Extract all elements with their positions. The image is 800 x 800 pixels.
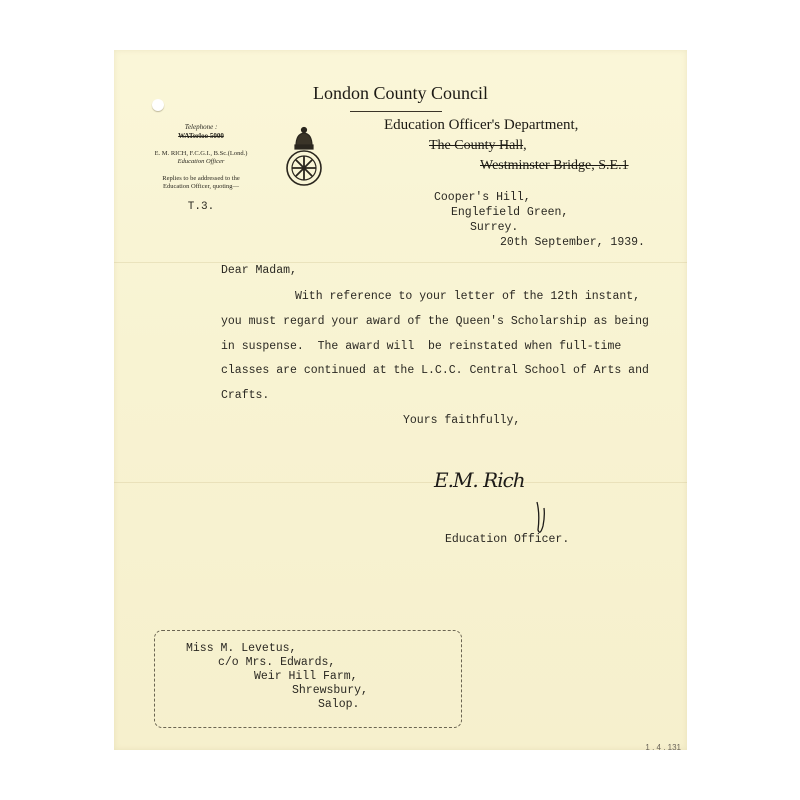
closing: Yours faithfully, [403, 414, 520, 427]
recipient-line-1: Miss M. Levetus, [186, 642, 296, 655]
replies-note-1: Replies to be addressed to the [136, 175, 266, 183]
fold-line [114, 482, 687, 483]
signature: E.M. Rich [434, 468, 525, 492]
recipient-line-2: c/o Mrs. Edwards, [218, 656, 335, 669]
struck-address-line-1: The County Hall, [429, 138, 527, 154]
body-line: Crafts. [221, 389, 269, 402]
recipient-line-5: Salop. [318, 698, 359, 711]
letter-date: 20th September, 1939. [500, 236, 645, 249]
title-rule [350, 111, 442, 112]
struck-text: Westminster Bridge, S.E.1 [480, 158, 629, 173]
body-line: in suspense. The award will be reinstate… [221, 340, 621, 353]
organization-title: London County Council [114, 83, 687, 104]
officer-name: E. M. RICH, F.C.G.I., B.Sc.(Lond.) [136, 150, 266, 158]
salutation: Dear Madam, [221, 264, 297, 277]
recipient-line-4: Shrewsbury, [292, 684, 368, 697]
archive-note: 1 . 4 . 131 [645, 743, 681, 752]
recipient-line-3: Weir Hill Farm, [254, 670, 358, 683]
letterhead-left-block: Telephone : WATerloo 5000 E. M. RICH, F.… [136, 123, 266, 213]
crest-icon [284, 124, 324, 192]
replies-note-2: Education Officer, quoting— [136, 183, 266, 191]
struck-text: The County Hall [429, 138, 523, 153]
sender-address-line-3: Surrey. [470, 221, 518, 234]
telephone-label: Telephone : [136, 123, 266, 132]
reference-code: T.3. [136, 201, 266, 213]
fold-line [114, 262, 687, 263]
body-line: classes are continued at the L.C.C. Cent… [221, 364, 649, 377]
comma: , [523, 138, 527, 153]
body-line: you must regard your award of the Queen'… [221, 315, 649, 328]
sender-address-line-1: Cooper's Hill, [434, 191, 531, 204]
officer-title: Education Officer [136, 158, 266, 166]
struck-address-line-2: Westminster Bridge, S.E.1 [480, 158, 629, 174]
sender-address-line-2: Englefield Green, [451, 206, 568, 219]
body-line: With reference to your letter of the 12t… [295, 290, 640, 303]
department-name: Education Officer's Department, [384, 117, 578, 134]
letter-page: London County Council Telephone : WATerl… [114, 50, 687, 750]
signatory-title: Education Officer. [445, 533, 569, 546]
telephone-number: WATerloo 5000 [136, 132, 266, 141]
